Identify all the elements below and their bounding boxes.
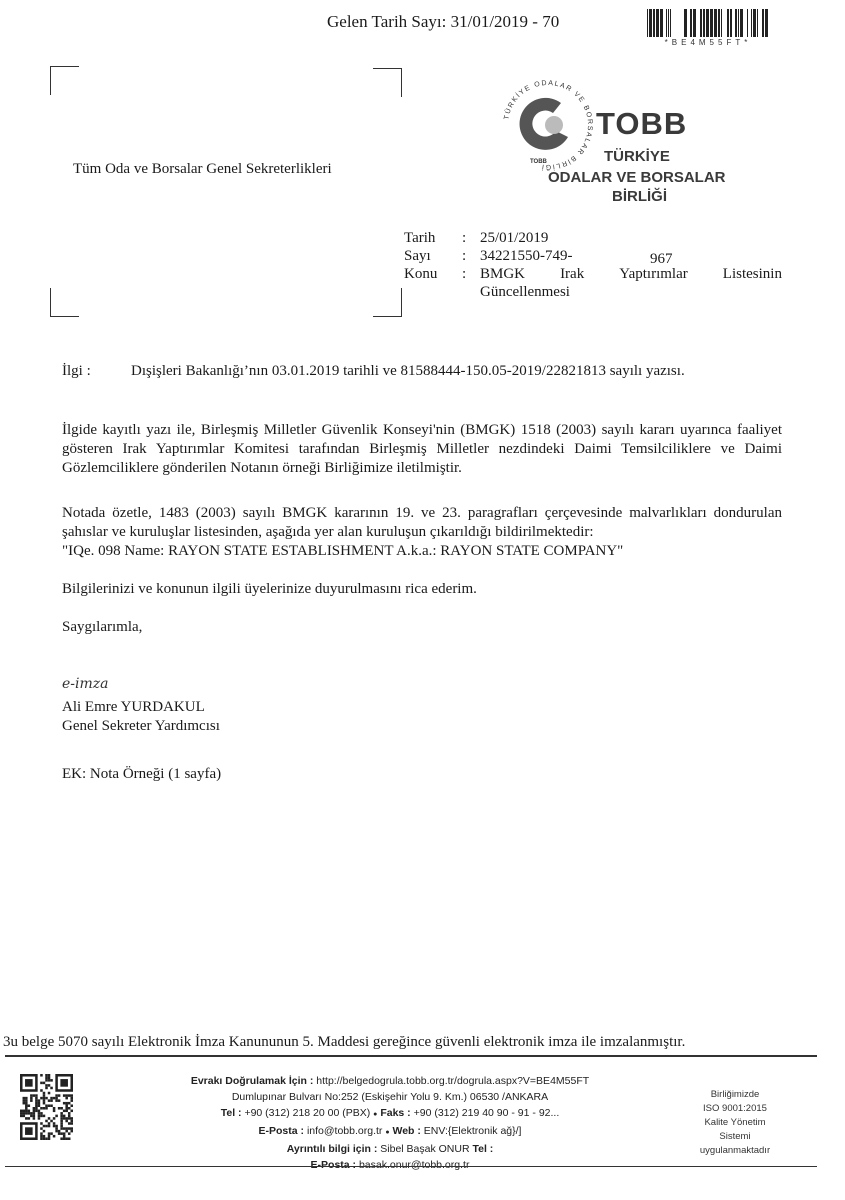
meta-date-row: Tarih : 25/01/2019 [404, 229, 840, 247]
barcode-icon [647, 9, 769, 37]
subject-word: Listesinin [723, 265, 782, 283]
incoming-stamp: Gelen Tarih Sayı: 31/01/2019 - 70 [327, 12, 559, 32]
web-label: Web : [392, 1125, 420, 1137]
address: Dumlupınar Bulvarı No:252 (Eskişehir Yol… [150, 1089, 630, 1105]
tobb-logo-icon: TÜRKİYE ODALAR VE BORSALAR BİRLİĞİ TOBB [498, 75, 598, 175]
iso-line: uygulanmaktadır [660, 1144, 810, 1158]
meta-number-row: Sayı : 34221550-749- 967 [404, 247, 840, 265]
tel-value: +90 (312) 218 20 00 (PBX) [244, 1107, 370, 1119]
phone-line: Tel : +90 (312) 218 20 00 (PBX) ● Faks :… [150, 1105, 630, 1123]
reference-label: İlgi : [62, 362, 122, 380]
qr-code-icon [20, 1074, 73, 1140]
org-name-line: TÜRKİYE [604, 148, 670, 165]
document-meta: Tarih : 25/01/2019 Sayı : 34221550-749- … [404, 229, 840, 301]
iso-line: ISO 9001:2015 [660, 1102, 810, 1116]
e-signature-note: 3u belge 5070 sayılı Elektronik İmza Kan… [3, 1034, 685, 1051]
subject-value: BMGK Irak Yaptırımlar Listesinin Güncell… [480, 265, 782, 301]
subject-word: Irak [560, 265, 584, 283]
bullet: ● [385, 1129, 389, 1136]
iso-line: Birliğimizde [660, 1088, 810, 1102]
barcode-text: *BE4M55FT* [647, 38, 769, 47]
contact-tel-label: Tel : [472, 1143, 493, 1155]
number-suffix: 967 [650, 250, 673, 268]
iso-line: Kalite Yönetim [660, 1116, 810, 1130]
subject-line-1: BMGK Irak Yaptırımlar Listesinin [480, 265, 782, 283]
e-signature-mark: e-imza [62, 676, 109, 692]
info-label: Ayrıntılı bilgi için : [287, 1143, 378, 1155]
contact-email-label: E-Posta : [311, 1159, 357, 1171]
subject-label: Konu [404, 265, 462, 301]
body-paragraph: Notada özetle, 1483 (2003) sayılı BMGK k… [62, 504, 782, 561]
number-label: Sayı [404, 247, 462, 265]
verify-label: Evrakı Doğrulamak İçin : [191, 1075, 314, 1087]
body-paragraph-text: Notada özetle, 1483 (2003) sayılı BMGK k… [62, 504, 782, 542]
contact-email-link[interactable]: basak.onur@tobb.org.tr [359, 1159, 469, 1171]
verify-line: Evrakı Doğrulamak İçin : http://belgedog… [150, 1073, 630, 1089]
attachment-note: EK: Nota Örneği (1 sayfa) [62, 766, 221, 783]
fax-value: +90 (312) 219 40 90 - 91 - 92... [414, 1107, 560, 1119]
logo-wordmark: TOBB [596, 106, 687, 142]
address-corner-mark [50, 66, 79, 95]
fax-label: Faks : [380, 1107, 410, 1119]
footer-bottom-divider [5, 1166, 817, 1167]
address-corner-mark [50, 288, 79, 317]
entity-quote: "IQe. 098 Name: RAYON STATE ESTABLISHMEN… [62, 542, 782, 561]
separator: : [462, 247, 480, 265]
meta-subject-row: Konu : BMGK Irak Yaptırımlar Listesinin … [404, 265, 840, 301]
date-value: 25/01/2019 [480, 229, 840, 247]
web-value: ENV:{Elektronik ağ}/] [424, 1125, 522, 1137]
email-web-line: E-Posta : info@tobb.org.tr ● Web : ENV:{… [150, 1123, 630, 1141]
address-corner-mark [373, 288, 402, 317]
contact-line: Ayrıntılı bilgi için : Sibel Başak ONUR … [150, 1141, 630, 1157]
signer-title: Genel Sekreter Yardımcısı [62, 717, 220, 736]
iso-line: Sistemi [660, 1130, 810, 1144]
recipient: Tüm Oda ve Borsalar Genel Sekreterlikler… [73, 161, 332, 178]
reference-text: Dışişleri Bakanlığı’nın 03.01.2019 tarih… [131, 362, 751, 380]
number-value-wrap: 34221550-749- 967 [480, 247, 840, 265]
separator: : [462, 265, 480, 301]
subject-line-2: Güncellenmesi [480, 283, 782, 301]
address-corner-mark [373, 68, 402, 97]
verify-link[interactable]: http://belgedogrula.tobb.org.tr/dogrula.… [316, 1075, 589, 1087]
request-paragraph: Bilgilerinizi ve konunun ilgili üyelerin… [62, 580, 782, 599]
svg-text:TOBB: TOBB [530, 159, 548, 165]
bullet: ● [373, 1111, 377, 1118]
contact-email-line: E-Posta : basak.onur@tobb.org.tr [150, 1157, 630, 1173]
email-link[interactable]: info@tobb.org.tr [307, 1125, 382, 1137]
separator: : [462, 229, 480, 247]
contact-person: Sibel Başak ONUR [380, 1143, 469, 1155]
iso-notice: Birliğimizde ISO 9001:2015 Kalite Yöneti… [660, 1088, 810, 1158]
date-label: Tarih [404, 229, 462, 247]
email-label: E-Posta : [259, 1125, 305, 1137]
org-name-line: BİRLİĞİ [612, 188, 667, 205]
footer-contact: Evrakı Doğrulamak İçin : http://belgedog… [150, 1073, 630, 1173]
footer-divider [5, 1055, 817, 1057]
signer-name: Ali Emre YURDAKUL [62, 698, 220, 717]
tel-label: Tel : [221, 1107, 242, 1119]
closing: Saygılarımla, [62, 619, 142, 636]
org-name-line: ODALAR VE BORSALAR [548, 169, 726, 186]
signer-block: Ali Emre YURDAKUL Genel Sekreter Yardımc… [62, 698, 220, 736]
number-value: 34221550-749- [480, 248, 573, 264]
subject-word: BMGK [480, 265, 525, 283]
body-paragraph: İlgide kayıtlı yazı ile, Birleşmiş Mille… [62, 421, 782, 478]
